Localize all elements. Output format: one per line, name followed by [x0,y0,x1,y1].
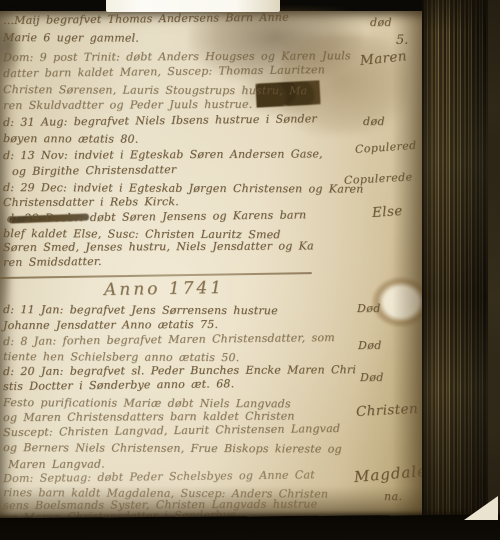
manuscript-line: Maren Langvad. [8,457,105,471]
manuscript-line: d: 20 Jan: begrafvet sl. Peder Bunches E… [3,363,356,378]
margin-note-death: død [363,115,385,128]
manuscript-line: d: 11 Jan: begrafvet Jens Sørrensens hus… [3,303,278,317]
manuscript-line: og Maren Christensdatters barn kaldet Ch… [3,409,295,424]
margin-note-name: Else [371,203,403,221]
margin-note-death: død [370,16,392,29]
book-fore-edge [422,0,492,540]
book-binding-shadow [488,0,500,540]
margin-note-name-continued: na. [384,490,402,503]
manuscript-line: Søren Smed, Jenses hustru, Niels Jensdat… [3,239,314,254]
manuscript-line: ren Smidsdatter. [3,255,102,269]
page-number: 5. [396,33,408,48]
manuscript-line: tiente hen Schielsberg anno ætatis 50. [3,350,239,364]
margin-note-death: Død [357,302,381,315]
manuscript-photo: …Maij begrafvet Thomas Andersens Barn An… [0,0,500,540]
manuscript-line: Christensdatter i Rebs Kirck. [3,195,179,209]
manuscript-line: Christen Sørensen, Lauris Stougstrups hu… [3,83,307,97]
manuscript-line: ren Skuldvadtter og Peder Juuls hustrue. [3,98,252,112]
margin-note-death: Død [358,339,382,352]
margin-note-death: Død [360,371,384,384]
manuscript-line: Johanne Jensdatter Anno ætatis 75. [3,318,218,332]
manuscript-line: og Birgithe Christensdatter [12,163,176,178]
bottom-dark-edge [0,514,500,540]
manuscript-line: d: 13 Nov: indviet i Egteskab Søren Ande… [3,147,323,162]
margin-note-name: Christen [356,401,419,420]
manuscript-line: d: 29 Dec: indviet i Egteskab Jørgen Chr… [3,181,364,196]
manuscript-line: bøyen anno ætatis 80. [3,132,138,146]
manuscript-line: Marie 6 uger gammel. [3,31,139,45]
manuscript-line: og Berners Niels Christensen, Frue Bisko… [3,441,342,455]
manuscript-line: Festo purificationis Mariæ døbt Niels La… [3,396,291,410]
year-heading: Anno 1741 [104,278,224,300]
manuscript-line: Dom: 9 post Trinit: døbt Anders Hougses … [3,49,351,64]
top-light-gap [106,0,280,12]
